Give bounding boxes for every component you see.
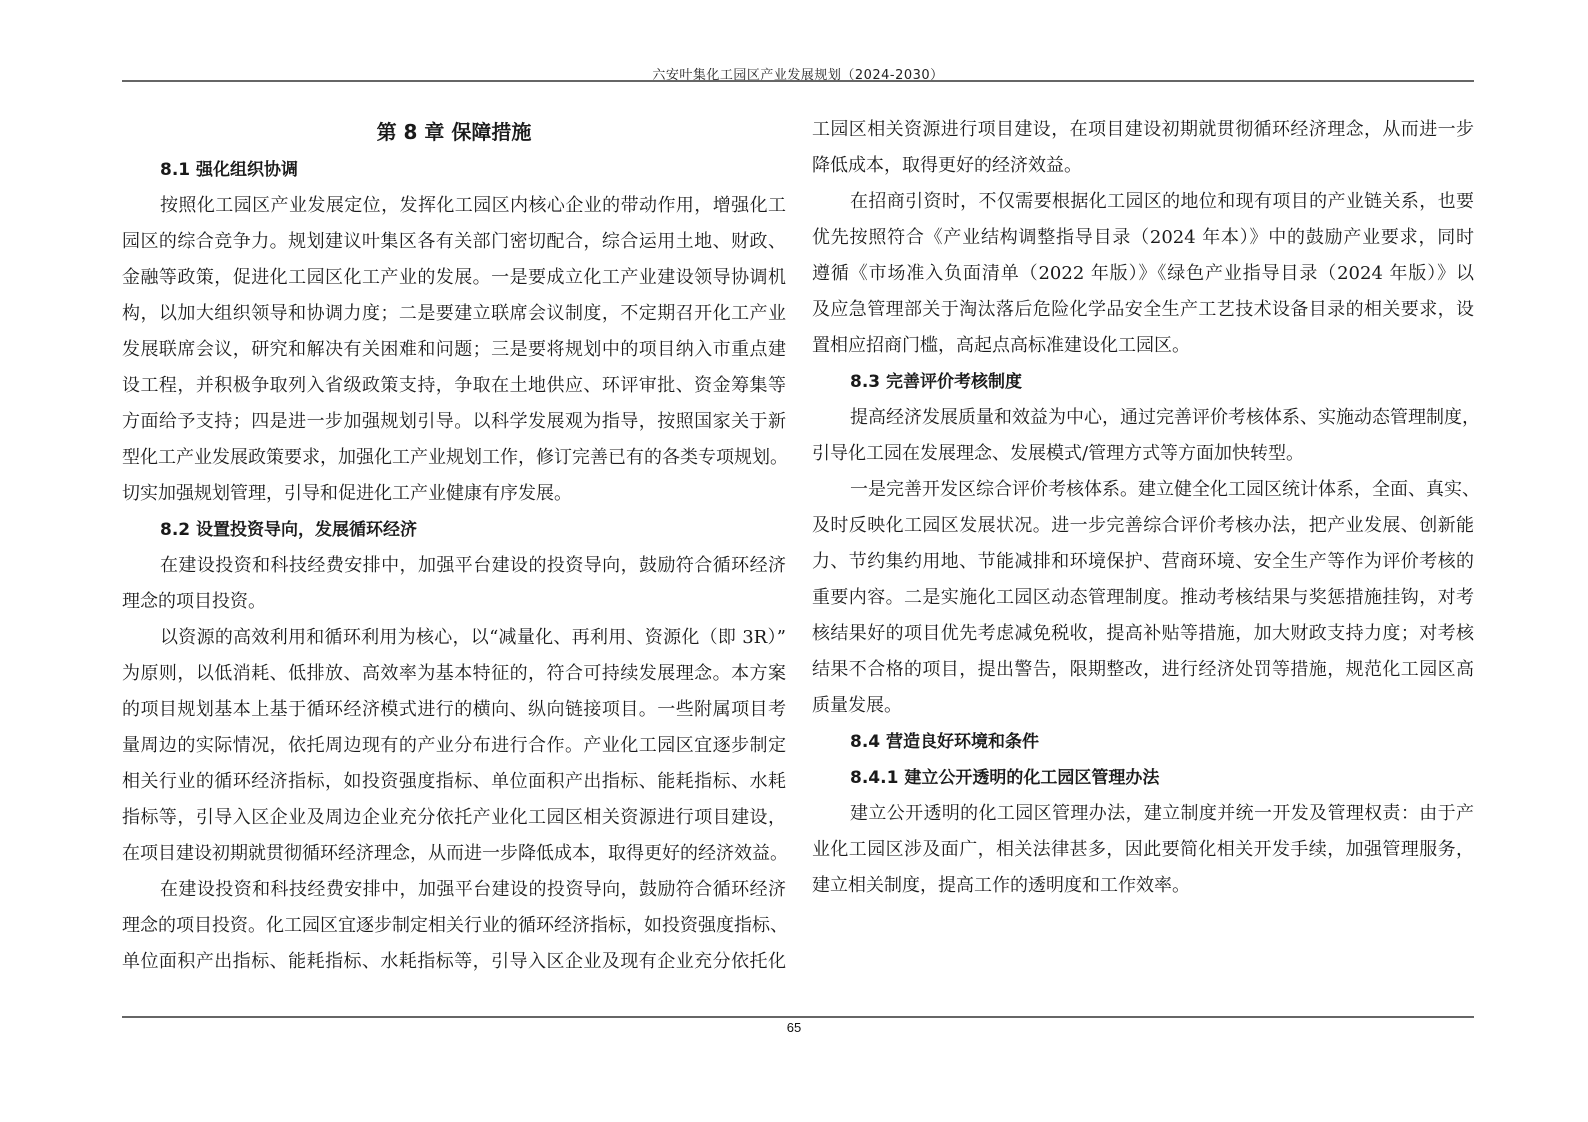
paragraph-8-4-1: 建立公开透明的化工园区管理办法，建立制度并统一开发及管理权责：由于产 业化工园区…	[812, 796, 1474, 904]
paragraph-8-2-c: 在建设投资和科技经费安排中，加强平台建设的投资导向，鼓励符合循环经济 理念的项目…	[122, 872, 786, 980]
paragraph-investment-promotion: 在招商引资时，不仅需要根据化工园区的地位和现有项目的产业链关系，也要 优先按照符…	[812, 184, 1474, 364]
paragraph-8-1: 按照化工园区产业发展定位，发挥化工园区内核心企业的带动作用，增强化工 园区的综合…	[122, 188, 786, 512]
text-line: 提高经济发展质量和效益为中心，通过完善评价考核体系、实施动态管理制度，	[812, 400, 1474, 436]
left-column: 第 8 章 保障措施 8.1 强化组织协调 按照化工园区产业发展定位，发挥化工园…	[122, 112, 786, 980]
text-line: 理念的项目投资。	[122, 584, 786, 620]
subsection-title-8-4-1: 8.4.1 建立公开透明的化工园区管理办法	[812, 760, 1474, 796]
text-line: 在项目建设初期就贯彻循环经济理念，从而进一步降低成本，取得更好的经济效益。	[122, 836, 786, 872]
text-line: 按照化工园区产业发展定位，发挥化工园区内核心企业的带动作用，增强化工	[122, 188, 786, 224]
paragraph-continuation: 工园区相关资源进行项目建设，在项目建设初期就贯彻循环经济理念，从而进一步 降低成…	[812, 112, 1474, 184]
text-line: 遵循《市场准入负面清单（2022 年版）》《绿色产业指导目录（2024 年版）》…	[812, 256, 1474, 292]
text-line: 金融等政策，促进化工园区化工产业的发展。一是要成立化工产业建设领导协调机	[122, 260, 786, 296]
chapter-title: 第 8 章 保障措施	[122, 112, 786, 152]
text-line: 置相应招商门槛，高起点高标准建设化工园区。	[812, 328, 1474, 364]
section-title-8-3: 8.3 完善评价考核制度	[812, 364, 1474, 400]
text-line: 建立相关制度，提高工作的透明度和工作效率。	[812, 868, 1474, 904]
section-title-8-1: 8.1 强化组织协调	[122, 152, 786, 188]
page-number: 65	[0, 1020, 1588, 1035]
header-rule	[122, 80, 1474, 82]
text-line: 相关行业的循环经济指标，如投资强度指标、单位面积产出指标、能耗指标、水耗	[122, 764, 786, 800]
text-line: 发展联席会议，研究和解决有关困难和问题；三是要将规划中的项目纳入市重点建	[122, 332, 786, 368]
text-line: 及应急管理部关于淘汰落后危险化学品安全生产工艺技术设备目录的相关要求，设	[812, 292, 1474, 328]
text-line: 在招商引资时，不仅需要根据化工园区的地位和现有项目的产业链关系，也要	[812, 184, 1474, 220]
text-line: 切实加强规划管理，引导和促进化工产业健康有序发展。	[122, 476, 786, 512]
text-line: 重要内容。二是实施化工园区动态管理制度。推动考核结果与奖惩措施挂钩，对考	[812, 580, 1474, 616]
section-title-8-2: 8.2 设置投资导向，发展循环经济	[122, 512, 786, 548]
text-line: 以资源的高效利用和循环利用为核心，以“减量化、再利用、资源化（即 3R）”	[122, 620, 786, 656]
text-line: 质量发展。	[812, 688, 1474, 724]
text-line: 力、节约集约用地、节能减排和环境保护、营商环境、安全生产等作为评价考核的	[812, 544, 1474, 580]
paragraph-8-3-b: 一是完善开发区综合评价考核体系。建立健全化工园区统计体系，全面、真实、 及时反映…	[812, 472, 1474, 724]
paragraph-8-2-b: 以资源的高效利用和循环利用为核心，以“减量化、再利用、资源化（即 3R）” 为原…	[122, 620, 786, 872]
text-line: 构，以加大组织领导和协调力度；二是要建立联席会议制度，不定期召开化工产业	[122, 296, 786, 332]
text-line: 为原则，以低消耗、低排放、高效率为基本特征的，符合可持续发展理念。本方案	[122, 656, 786, 692]
text-line: 在建设投资和科技经费安排中，加强平台建设的投资导向，鼓励符合循环经济	[122, 872, 786, 908]
text-line: 优先按照符合《产业结构调整指导目录（2024 年本）》中的鼓励产业要求，同时	[812, 220, 1474, 256]
text-line: 方面给予支持；四是进一步加强规划引导。以科学发展观为指导，按照国家关于新	[122, 404, 786, 440]
footer-rule	[122, 1016, 1474, 1018]
text-line: 量周边的实际情况，依托周边现有的产业分布进行合作。产业化工园区宜逐步制定	[122, 728, 786, 764]
right-column: 工园区相关资源进行项目建设，在项目建设初期就贯彻循环经济理念，从而进一步 降低成…	[812, 112, 1474, 904]
paragraph-8-3-a: 提高经济发展质量和效益为中心，通过完善评价考核体系、实施动态管理制度， 引导化工…	[812, 400, 1474, 472]
text-line: 业化工园区涉及面广，相关法律甚多，因此要简化相关开发手续，加强管理服务，	[812, 832, 1474, 868]
text-line: 引导化工园在发展理念、发展模式/管理方式等方面加快转型。	[812, 436, 1474, 472]
text-line: 一是完善开发区综合评价考核体系。建立健全化工园区统计体系，全面、真实、	[812, 472, 1474, 508]
text-line: 在建设投资和科技经费安排中，加强平台建设的投资导向，鼓励符合循环经济	[122, 548, 786, 584]
text-line: 型化工产业发展政策要求，加强化工产业规划工作，修订完善已有的各类专项规划。	[122, 440, 786, 476]
text-line: 核结果好的项目优先考虑减免税收，提高补贴等措施，加大财政支持力度；对考核	[812, 616, 1474, 652]
text-line: 结果不合格的项目，提出警告，限期整改，进行经济处罚等措施，规范化工园区高	[812, 652, 1474, 688]
text-line: 理念的项目投资。化工园区宜逐步制定相关行业的循环经济指标，如投资强度指标、	[122, 908, 786, 944]
paragraph-8-2-a: 在建设投资和科技经费安排中，加强平台建设的投资导向，鼓励符合循环经济 理念的项目…	[122, 548, 786, 620]
text-line: 园区的综合竞争力。规划建议叶集区各有关部门密切配合，综合运用土地、财政、	[122, 224, 786, 260]
text-line: 工园区相关资源进行项目建设，在项目建设初期就贯彻循环经济理念，从而进一步	[812, 112, 1474, 148]
text-line: 单位面积产出指标、能耗指标、水耗指标等，引导入区企业及现有企业充分依托化	[122, 944, 786, 980]
text-line: 指标等，引导入区企业及周边企业充分依托产业化工园区相关资源进行项目建设，	[122, 800, 786, 836]
text-line: 的项目规划基本上基于循环经济模式进行的横向、纵向链接项目。一些附属项目考	[122, 692, 786, 728]
text-line: 设工程，并积极争取列入省级政策支持，争取在土地供应、环评审批、资金筹集等	[122, 368, 786, 404]
section-title-8-4: 8.4 营造良好环境和条件	[812, 724, 1474, 760]
text-line: 降低成本，取得更好的经济效益。	[812, 148, 1474, 184]
text-line: 建立公开透明的化工园区管理办法，建立制度并统一开发及管理权责：由于产	[812, 796, 1474, 832]
text-line: 及时反映化工园区发展状况。进一步完善综合评价考核办法，把产业发展、创新能	[812, 508, 1474, 544]
